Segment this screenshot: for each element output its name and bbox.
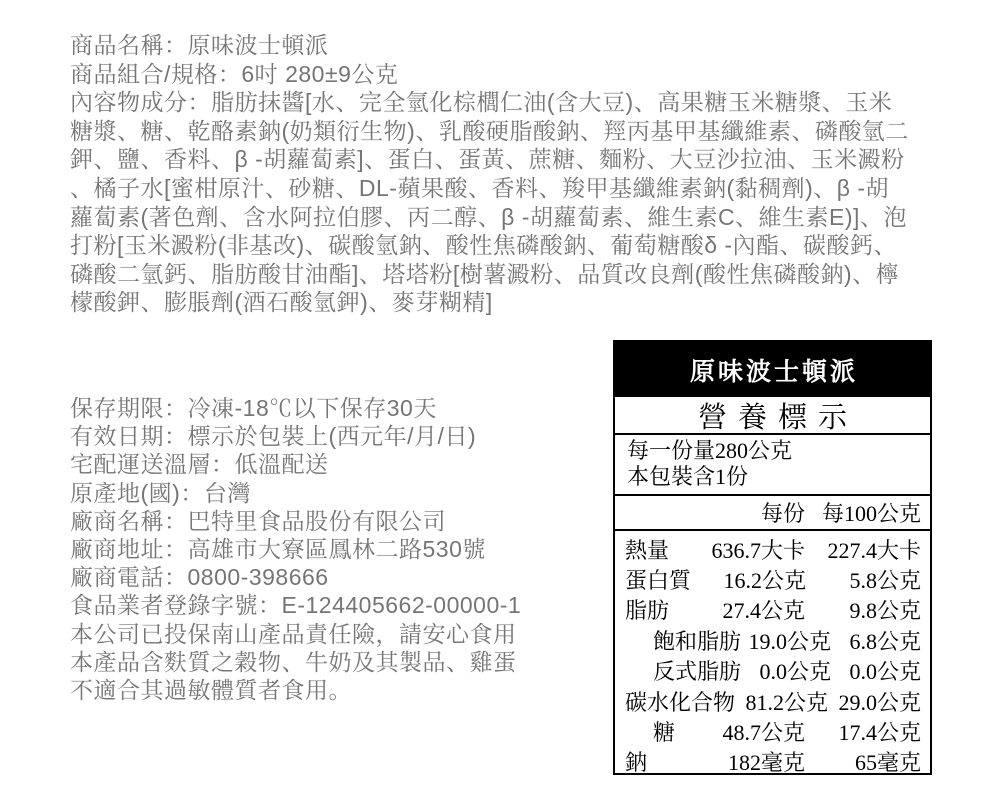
manufacturer-name-line: 廠商名稱：巴特里食品股份有限公司 <box>70 507 610 535</box>
per-serving-value: 19.0公克 <box>741 625 831 656</box>
origin-country-line: 原產地(國)：台灣 <box>70 479 610 507</box>
nutrient-row-sugar: 糖 48.7公克 17.4公克 <box>615 716 930 746</box>
ingredients-line: 蘿蔔素(著色劑、含水阿拉伯膠、丙二醇、β -胡蘿蔔素、維生素C、維生素E)]、泡 <box>70 203 950 232</box>
per-100g-header: 每100公克 <box>805 497 930 528</box>
nutrient-row-fat: 脂肪 27.4公克 9.8公克 <box>615 595 930 625</box>
ingredients-line: 內容物成分：脂肪抹醬[水、完全氫化棕櫚仁油(含大豆)、高果糖玉米糖漿、玉米 <box>70 88 950 117</box>
seller-details-block: 保存期限：冷凍-18℃以下保存30天 有效日期：標示於包裝上(西元年/月/日) … <box>70 394 610 704</box>
per-serving-value: 0.0公克 <box>741 655 831 686</box>
nutrient-row-carbohydrate: 碳水化合物 81.2公克 29.0公克 <box>615 686 930 716</box>
nutrient-label: 蛋白質 <box>615 564 691 595</box>
storage-period-line: 保存期限：冷凍-18℃以下保存30天 <box>70 394 610 422</box>
product-info-sheet: 商品名稱：原味波士頓派 商品組合/規格：6吋 280±9公克 內容物成分：脂肪抹… <box>0 0 1000 796</box>
food-registration-line: 食品業者登錄字號：E-124405662-00000-1 <box>70 591 610 619</box>
per-100g-value: 5.8公克 <box>806 564 930 595</box>
nutrient-row-calories: 熱量 636.7大卡 227.4大卡 <box>615 534 930 564</box>
delivery-temp-line: 宅配運送溫層：低溫配送 <box>70 450 610 478</box>
nutrient-row-saturated-fat: 飽和脂肪 19.0公克 6.8公克 <box>615 625 930 655</box>
ingredients-line: 檬酸鉀、膨脹劑(酒石酸氫鉀)、麥芽糊精] <box>70 288 950 317</box>
serving-size: 每一份量280公克 <box>627 438 924 464</box>
allergen-line-2: 不適合其過敏體質者食用。 <box>70 676 610 704</box>
nutrient-row-protein: 蛋白質 16.2公克 5.8公克 <box>615 564 930 594</box>
product-spec-line: 商品組合/規格：6吋 280±9公克 <box>70 60 950 89</box>
per-serving-header: 每份 <box>689 497 805 528</box>
ingredients-line: 、橘子水[蜜柑原汁、砂糖、DL-蘋果酸、香料、羧甲基纖維素鈉(黏稠劑)、β -胡 <box>70 174 950 203</box>
nutrient-label: 熱量 <box>615 534 689 565</box>
per-serving-value: 16.2公克 <box>691 564 806 595</box>
nutrient-label: 碳水化合物 <box>615 686 735 717</box>
ingredients-line: 鉀、鹽、香料、β -胡蘿蔔素]、蛋白、蛋黃、蔗糖、麵粉、大豆沙拉油、玉米澱粉 <box>70 145 950 174</box>
manufacturer-phone-line: 廠商電話：0800-398666 <box>70 563 610 591</box>
ingredients-line: 糖漿、糖、乾酪素鈉(奶類衍生物)、乳酸硬脂酸鈉、羥丙基甲基纖維素、磷酸氫二 <box>70 117 950 146</box>
per-100g-value: 29.0公克 <box>828 686 930 717</box>
per-100g-value: 9.8公克 <box>805 594 930 625</box>
ingredients-line: 磷酸二氫鈣、脂肪酸甘油酯]、塔塔粉[樹薯澱粉、品質改良劑(酸性焦磷酸鈉)、檸 <box>70 260 950 289</box>
nutrition-title-band: 原味波士頓派 <box>615 342 930 397</box>
per-serving-value: 27.4公克 <box>689 594 805 625</box>
nutrient-rows: 熱量 636.7大卡 227.4大卡 蛋白質 16.2公克 5.8公克 脂肪 2… <box>615 531 930 777</box>
per-100g-value: 65毫克 <box>805 746 930 777</box>
nutrient-label: 脂肪 <box>615 594 689 625</box>
nutrient-label: 糖 <box>615 716 689 747</box>
ingredients-line: 打粉[玉米澱粉(非基改)、碳酸氫鈉、酸性焦磷酸鈉、葡萄糖酸δ -內酯、碳酸鈣、 <box>70 231 950 260</box>
serving-info: 每一份量280公克 本包裝含1份 <box>615 435 930 496</box>
per-100g-value: 227.4大卡 <box>805 534 930 565</box>
expiry-date-line: 有效日期：標示於包裝上(西元年/月/日) <box>70 422 610 450</box>
per-serving-value: 182毫克 <box>689 746 805 777</box>
per-serving-value: 48.7公克 <box>689 716 805 747</box>
per-100g-value: 0.0公克 <box>831 655 930 686</box>
per-100g-value: 17.4公克 <box>805 716 930 747</box>
product-name-line: 商品名稱：原味波士頓派 <box>70 31 950 60</box>
manufacturer-address-line: 廠商地址：高雄市大寮區鳳林二路530號 <box>70 535 610 563</box>
nutrient-label: 飽和脂肪 <box>615 625 741 656</box>
per-serving-value: 81.2公克 <box>735 686 828 717</box>
insurance-line: 本公司已投保南山產品責任險，請安心食用 <box>70 620 610 648</box>
per-serving-value: 636.7大卡 <box>689 534 805 565</box>
nutrient-label: 鈉 <box>615 746 689 777</box>
product-ingredients-block: 商品名稱：原味波士頓派 商品組合/規格：6吋 280±9公克 內容物成分：脂肪抹… <box>70 31 950 317</box>
nutrition-subtitle: 營養標示 <box>615 397 930 435</box>
column-header-row: 每份 每100公克 <box>615 496 930 531</box>
nutrient-row-trans-fat: 反式脂肪 0.0公克 0.0公克 <box>615 656 930 686</box>
allergen-line-1: 本產品含麩質之穀物、牛奶及其製品、雞蛋 <box>70 648 610 676</box>
nutrient-label: 反式脂肪 <box>615 655 741 686</box>
nutrient-row-sodium: 鈉 182毫克 65毫克 <box>615 747 930 777</box>
per-100g-value: 6.8公克 <box>831 625 930 656</box>
nutrition-table: 原味波士頓派 營養標示 每一份量280公克 本包裝含1份 每份 每100公克 熱… <box>613 340 932 775</box>
servings-per-package: 本包裝含1份 <box>627 464 924 490</box>
